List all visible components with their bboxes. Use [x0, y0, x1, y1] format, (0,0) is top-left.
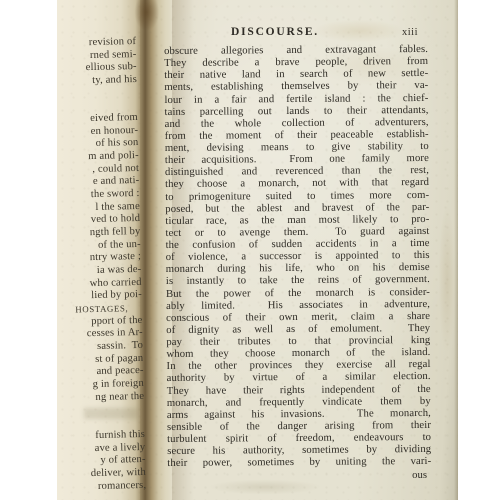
- catchword: ous: [370, 469, 427, 481]
- left-page-line-fragment: ty, and his: [59, 74, 137, 88]
- running-header: DISCOURSE.: [205, 26, 345, 38]
- left-page-line-fragment: ng near the: [66, 391, 144, 405]
- left-page-line-fragment: romancers,: [68, 479, 146, 493]
- left-page-line-fragment: lied by poi-: [64, 289, 142, 303]
- left-page-text-column: revision ofrned semi-ellious sub-ty, and…: [58, 36, 146, 494]
- left-page-line-fragment: furnish this: [67, 429, 145, 443]
- page-number: xiii: [402, 27, 418, 38]
- body-text-column: obscure allegories and extravagant fable…: [164, 43, 431, 469]
- body-text-line: their power, sometimes by uniting the va…: [167, 455, 431, 469]
- book-photo: revision ofrned semi-ellious sub-ty, and…: [0, 0, 500, 500]
- left-page-line-fragment: deliver, with: [68, 467, 146, 481]
